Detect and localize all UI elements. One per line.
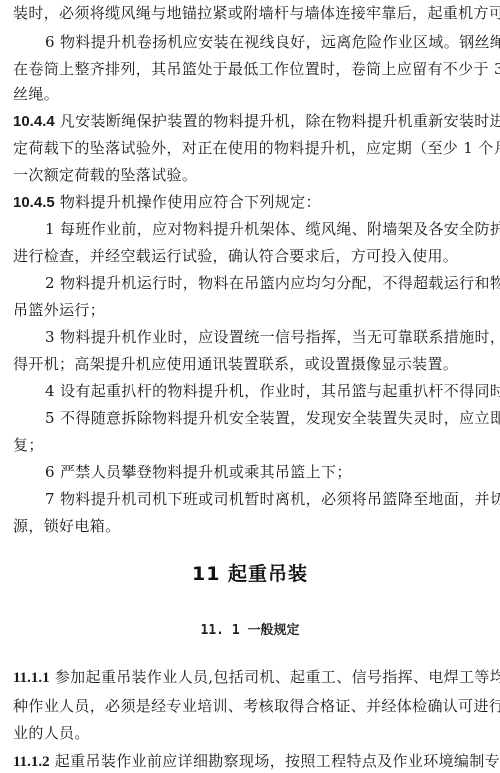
- clause-number: 11.1.1: [13, 670, 50, 686]
- clause-number: 10.4.4: [13, 113, 55, 130]
- clause-11-1-1: 11.1.1 参加起重吊装作业人员,包括司机、起重工、信号指挥、电焊工等均应属特: [13, 668, 500, 687]
- text-line: 吊篮外运行；: [13, 301, 105, 319]
- list-item-3: 3 物料提升机作业时，应设置统一信号指挥，当无可靠联系措施时，司机不: [45, 328, 500, 346]
- text-line: 一次额定荷载的坠落试验。: [13, 166, 197, 184]
- clause-text: 物料提升机操作使用应符合下列规定：: [55, 193, 321, 211]
- clause-text: 参加起重吊装作业人员,包括司机、起重工、信号指挥、电焊工等均应属特: [50, 668, 500, 686]
- clause-text: 起重吊装作业前应详细勘察现场，按照工程特点及作业环境编制专项施工: [50, 752, 500, 770]
- list-item-6-hoist-winch: 6 物料提升机卷扬机应安装在视线良好，远离危险作业区域。钢丝绳应能: [45, 33, 500, 51]
- clause-number: 11.1.2: [13, 754, 50, 770]
- list-item-4: 4 设有起重扒杆的物料提升机，作业时，其吊篮与起重扒杆不得同时使用；: [45, 382, 500, 400]
- clause-number: 10.4.5: [13, 194, 55, 211]
- text-line: 在卷筒上整齐排列，其吊篮处于最低工作位置时，卷筒上应留有不少于 3 圈的钢: [13, 60, 500, 78]
- document-page: 装时，必须将缆风绳与地锚拉紧或附墙杆与墙体连接牢靠后，起重机方可摘钩； 6 物料…: [0, 0, 500, 773]
- list-item-5: 5 不得随意拆除物料提升机安全装置，发现安全装置失灵时，应立即停机修: [45, 409, 500, 427]
- clause-10-4-5: 10.4.5 物料提升机操作使用应符合下列规定：: [13, 193, 321, 212]
- text-line: 种作业人员，必须是经专业培训、考核取得合格证、并经体检确认可进行高处作: [13, 697, 500, 715]
- chapter-title: 11 起重吊装: [0, 563, 500, 585]
- list-item-6: 6 严禁人员攀登物料提升机或乘其吊篮上下；: [45, 463, 352, 481]
- list-item-2: 2 物料提升机运行时，物料在吊篮内应均匀分配，不得超载运行和物料超出: [45, 274, 500, 292]
- clause-10-4-4: 10.4.4 凡安装断绳保护装置的物料提升机，除在物料提升机重新安装时进行额: [13, 112, 500, 131]
- text-line: 定荷载下的坠落试验外，对正在使用的物料提升机，应定期（至少 1 个月）进行: [13, 139, 500, 157]
- text-line: 进行检查，并经空载运行试验，确认符合要求后，方可投入使用。: [13, 247, 458, 265]
- text-line: 得开机；高架提升机应使用通讯装置联系，或设置摄像显示装置。: [13, 355, 458, 373]
- text-line: 装时，必须将缆风绳与地锚拉紧或附墙杆与墙体连接牢靠后，起重机方可摘钩；: [13, 4, 500, 22]
- text-line: 业的人员。: [13, 724, 90, 742]
- text-line: 复；: [13, 436, 44, 454]
- section-title: 11. 1 一般规定: [0, 623, 500, 639]
- text-line: 丝绳。: [13, 85, 59, 103]
- list-item-1: 1 每班作业前，应对物料提升机架体、缆风绳、附墙架及各安全防护装置: [45, 220, 500, 238]
- text-line: 源，锁好电箱。: [13, 517, 120, 535]
- clause-11-1-2: 11.1.2 起重吊装作业前应详细勘察现场，按照工程特点及作业环境编制专项施工: [13, 752, 500, 771]
- list-item-7: 7 物料提升机司机下班或司机暂时离机，必须将吊篮降至地面，并切断电: [45, 490, 500, 508]
- clause-text: 凡安装断绳保护装置的物料提升机，除在物料提升机重新安装时进行额: [55, 112, 500, 130]
